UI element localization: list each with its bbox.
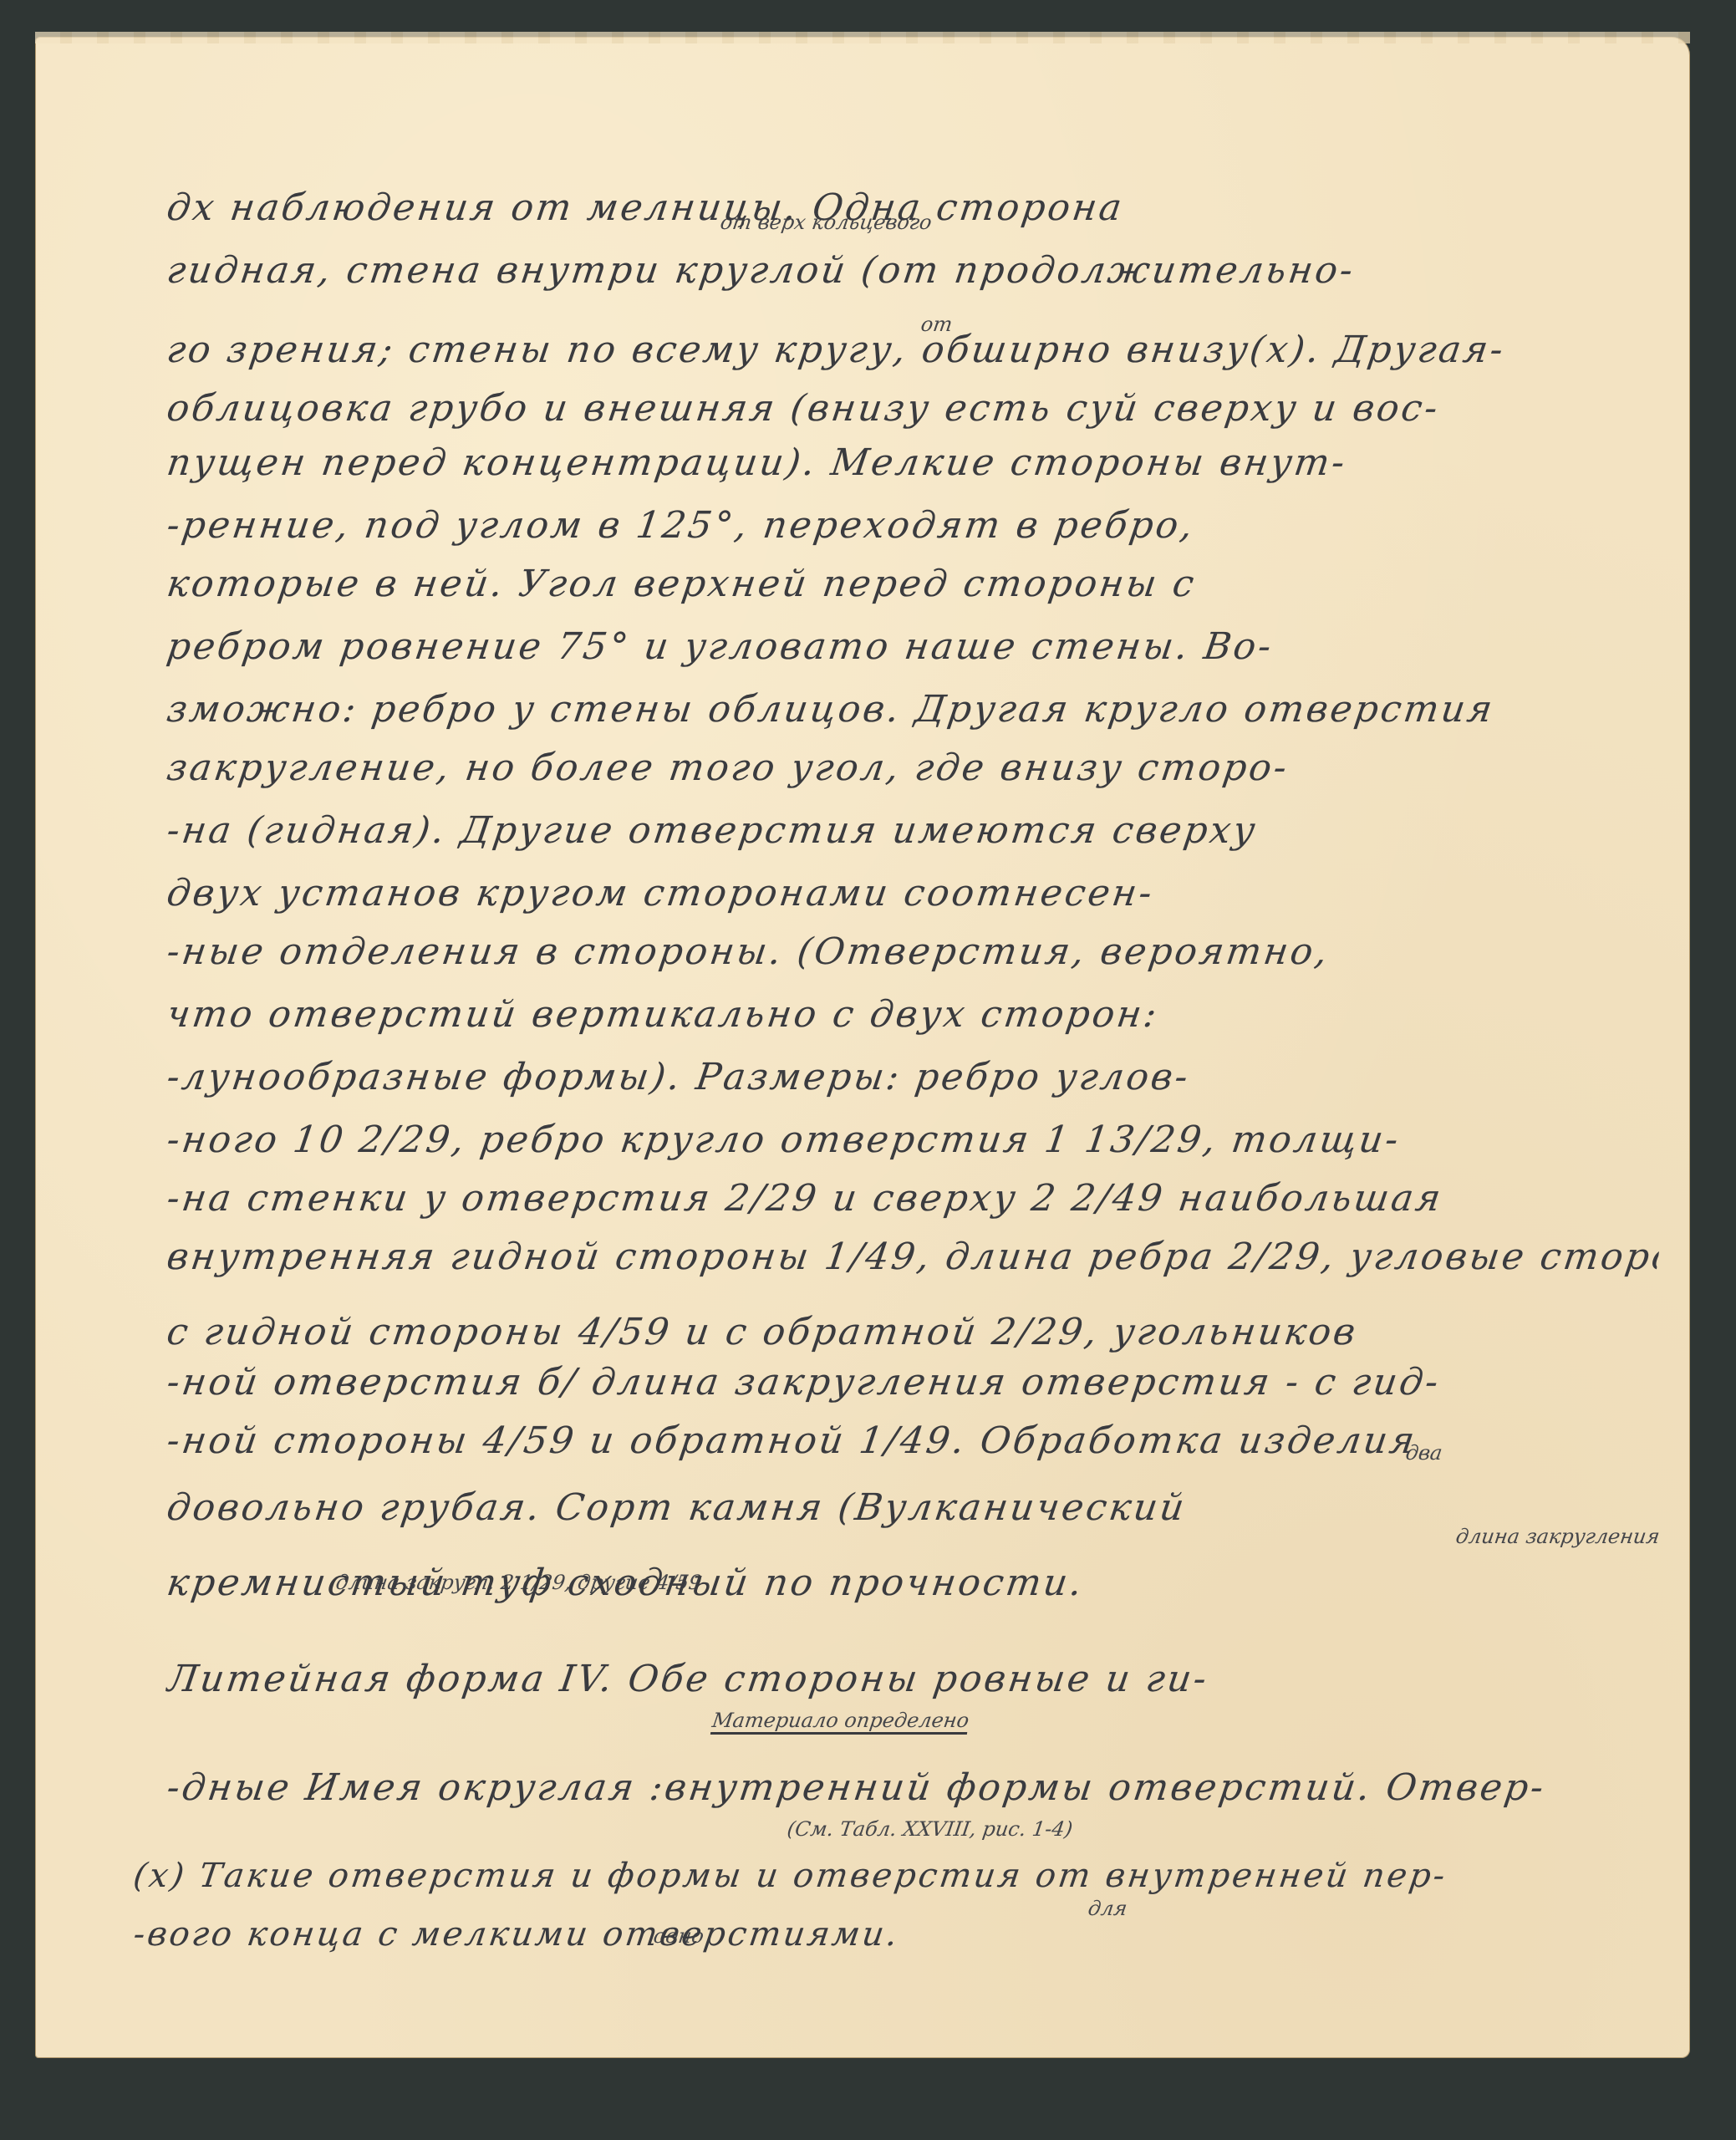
text-line-25: -дные Имея округлая :внутренний формы от… (164, 1763, 1662, 1813)
footnote-line-1: (x) Такие отверстия и формы и отверстия … (130, 1851, 1662, 1901)
text-line-17: -на стенки у отверстия 2/29 и сверху 2 2… (164, 1174, 1662, 1224)
text-line-4: облицовка грубо и внешняя (внизу есть су… (164, 384, 1662, 434)
text-line-2: гидная, стена внутри круглой (от продолж… (164, 246, 1662, 296)
text-line-18: внутренняя гидной стороны 1/49, длина ре… (164, 1232, 1662, 1282)
text-line-6: -ренние, под углом в 125°, переходят в р… (164, 501, 1662, 551)
text-line-20: -ной отверстия б/ длина закругления отве… (164, 1358, 1662, 1408)
footnote-line-2: -вого конца с мелкими отверстиями. (130, 1909, 1662, 1959)
text-line-23: кремнистый туф сходный по прочности. (164, 1558, 1662, 1608)
text-line-16: -ного 10 2/29, ребро кругло отверстия 1 … (164, 1115, 1662, 1165)
torn-top-edge (35, 32, 1690, 43)
insertion-3: Материало определено (710, 1709, 970, 1735)
text-line-9: зможно: ребро у стены облицов. Другая кр… (164, 685, 1662, 735)
text-line-7: которые в ней. Угол верхней перед сторон… (164, 559, 1662, 609)
text-line-5: пущен перед концентрации). Мелкие сторон… (164, 438, 1662, 488)
text-line-12: двух установ кругом сторонами соотнесен- (164, 869, 1662, 919)
manuscript-page: от верх кольцевого от два длина закругле… (35, 37, 1690, 2058)
insertion-4: (См. Табл. XXVIII, рис. 1-4) (786, 1817, 1074, 1841)
text-line-19: с гидной стороны 4/59 и с обратной 2/29,… (164, 1307, 1662, 1358)
text-line-15: -лунообразные формы). Размеры: ребро угл… (164, 1052, 1662, 1103)
text-line-13: -ные отделения в стороны. (Отверстия, ве… (164, 927, 1662, 977)
text-line-22: довольно грубая. Сорт камня (Вулканическ… (164, 1483, 1662, 1533)
text-line-24: Литейная форма IV. Обе стороны ровные и … (164, 1654, 1662, 1704)
text-line-21: -ной стороны 4/59 и обратной 1/49. Обраб… (164, 1416, 1662, 1466)
text-line-1: дх наблюдения от мелницы. Одна сторона (164, 183, 1662, 233)
footnote-marker: (x) (131, 1857, 189, 1895)
text-line-10: закругление, но более того угол, где вни… (164, 743, 1662, 793)
text-line-3: го зрения; стены по всему кругу, обширно… (164, 325, 1662, 375)
text-line-8: ребром ровнение 75° и угловато наше стен… (164, 622, 1662, 672)
footnote-text-1: Такие отверстия и формы и отверстия от в… (196, 1857, 1449, 1895)
text-line-11: -на (гидная). Другие отверстия имеются с… (164, 806, 1662, 856)
text-line-14: что отверстий вертикально с двух сторон: (164, 990, 1662, 1040)
